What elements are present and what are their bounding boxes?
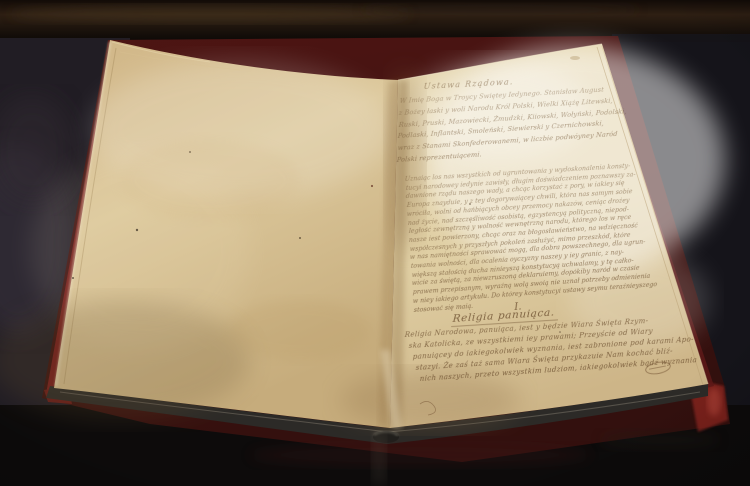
manuscript-title: Ustawa Rządowa. (423, 77, 514, 91)
preamble-line: Polski reprezentuiącemi. (397, 150, 482, 164)
museum-photo-scene: Ustawa Rządowa. W Imię Boga w Troycy Swi… (0, 0, 750, 486)
manuscript-writing-layer: Ustawa Rządowa. W Imię Boga w Troycy Swi… (0, 0, 750, 486)
